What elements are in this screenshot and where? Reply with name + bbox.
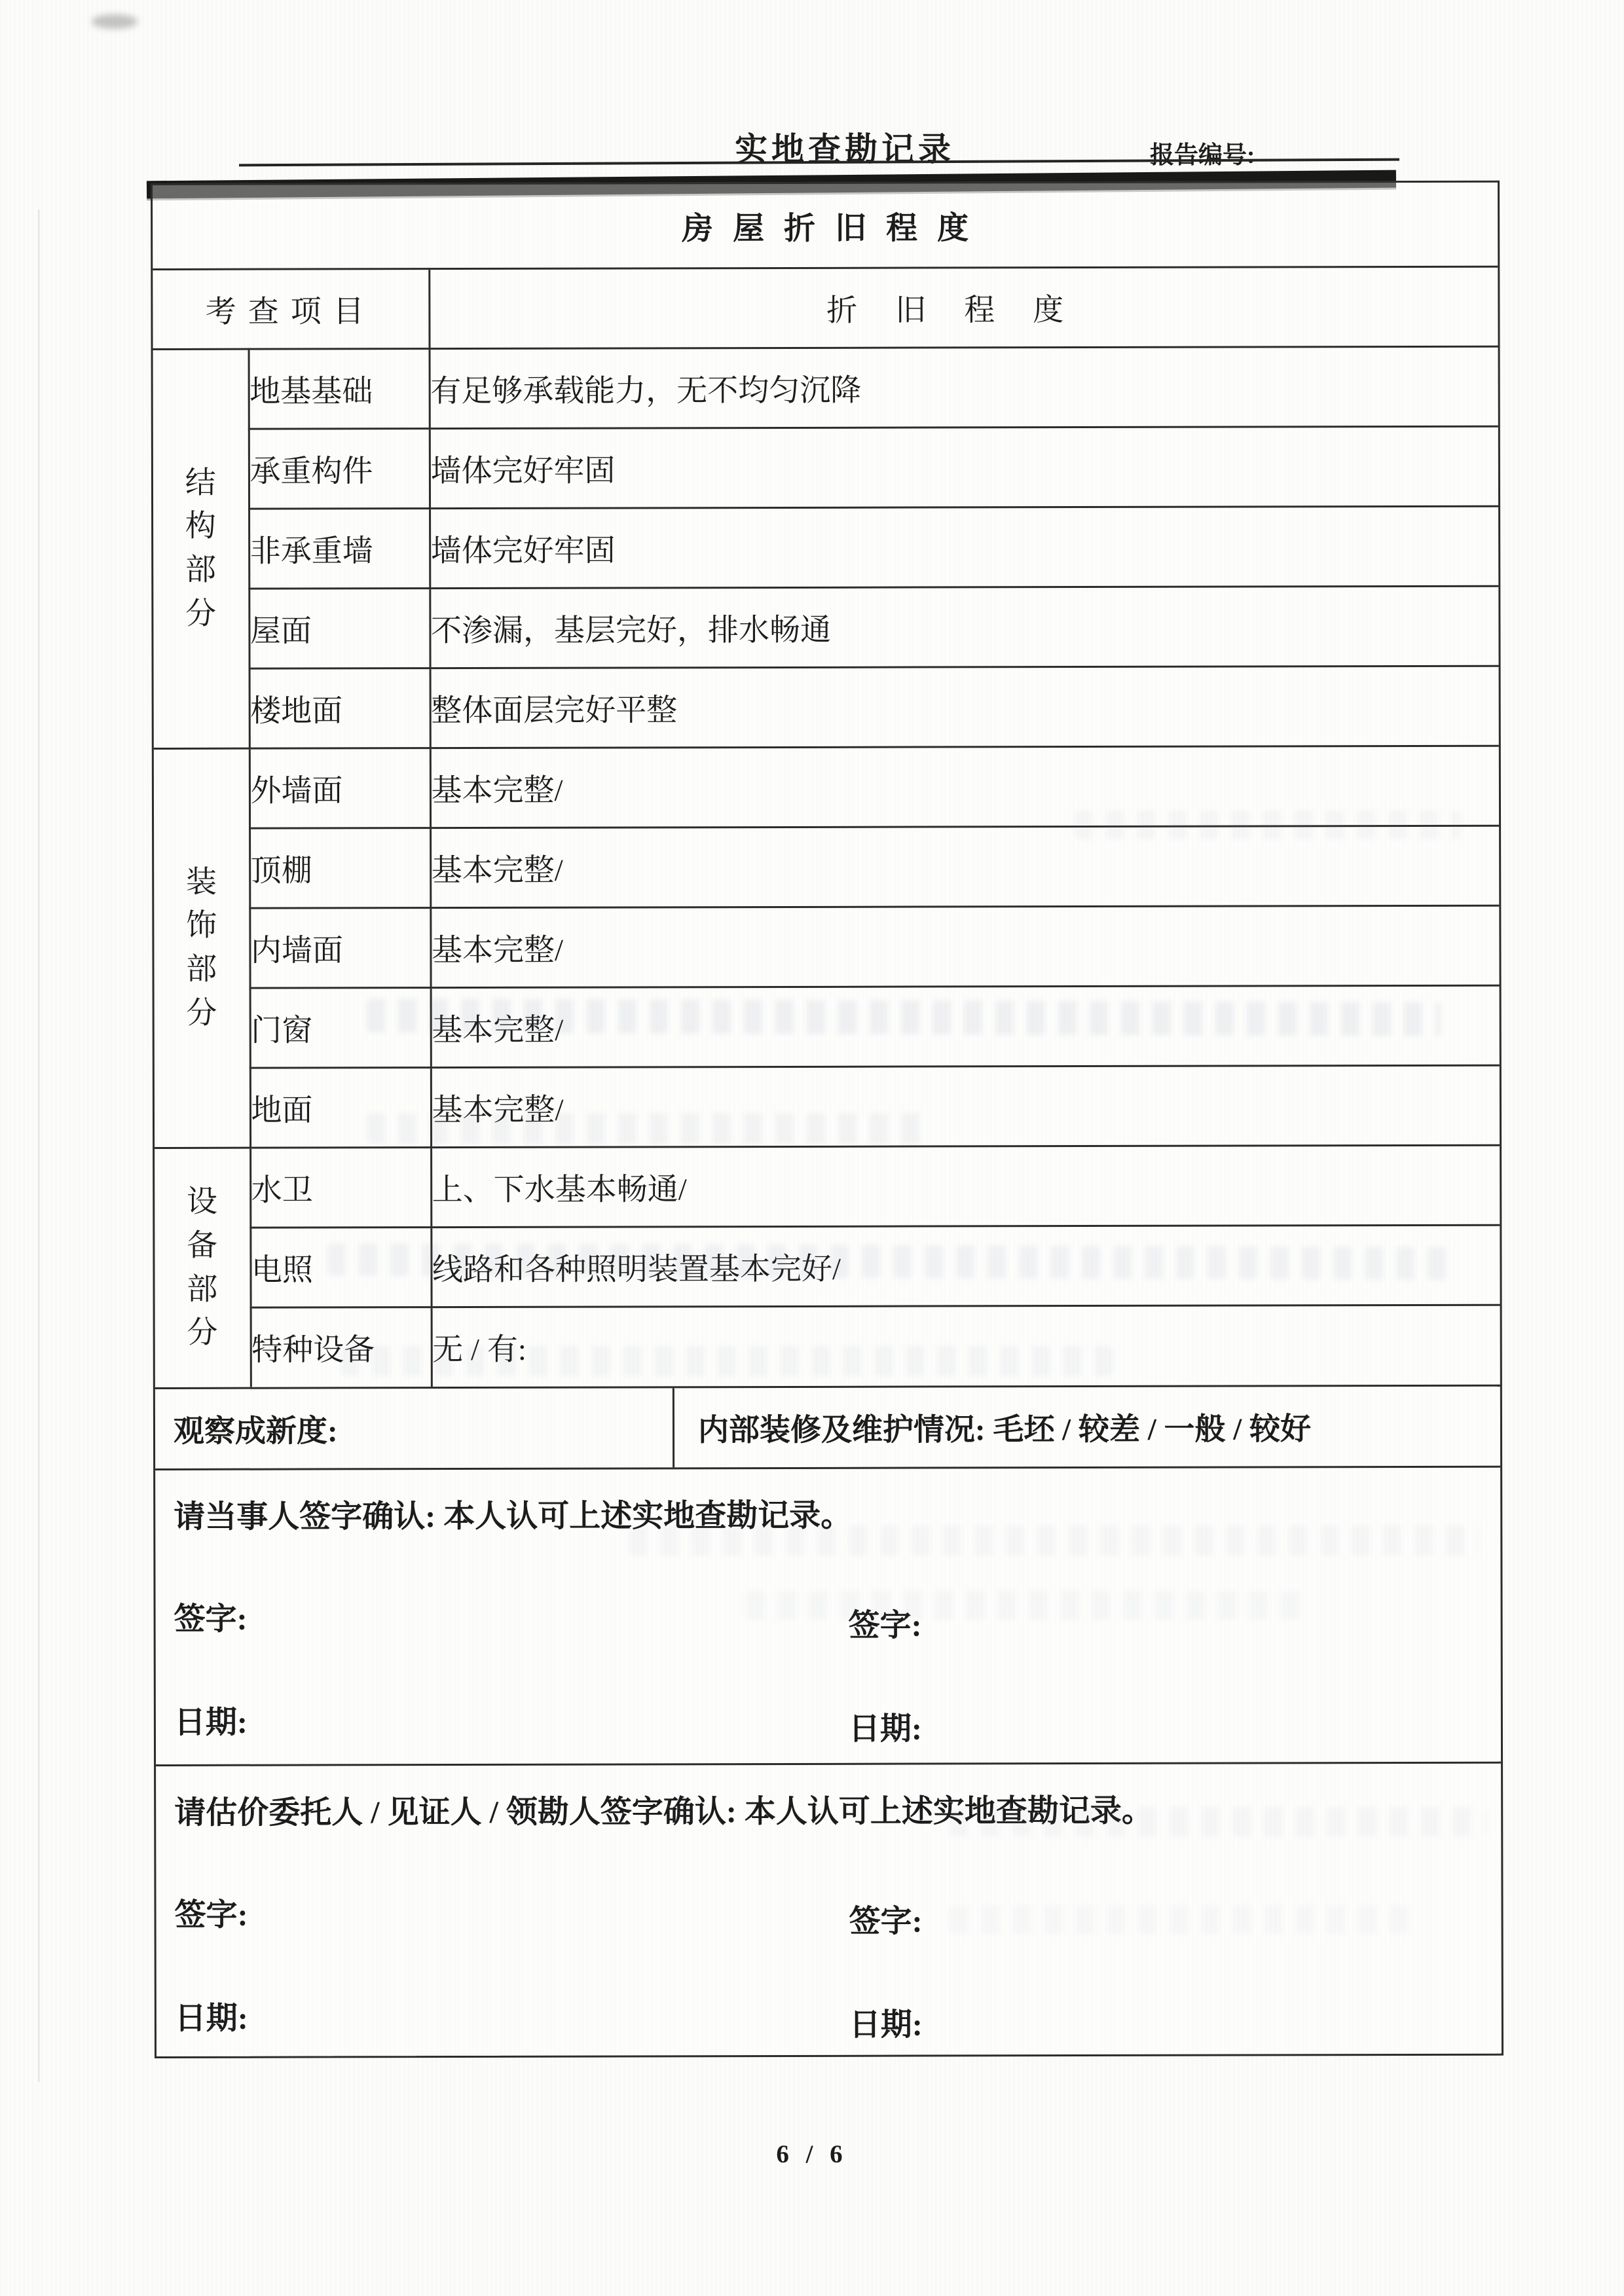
item-description: 墙体完好牢固 — [430, 506, 1498, 588]
party-signature-block: 请当事人签字确认: 本人认可上述实地查勘记录。 签字: 签字: 日期: 日期: — [155, 1466, 1501, 1764]
item-name: 非承重墙 — [249, 508, 430, 589]
item-description: 不渗漏，基层完好，排水畅通 — [430, 586, 1498, 668]
page-number: 6 / 6 — [0, 2140, 1624, 2169]
item-description: 基本完整/ — [430, 905, 1499, 987]
item-name: 地面 — [250, 1067, 431, 1148]
item-description: 基本完整/ — [431, 985, 1500, 1067]
item-name: 外墙面 — [249, 748, 430, 828]
item-description: 无 / 有: — [432, 1305, 1500, 1387]
section-label-structure: 结构部分 — [153, 349, 249, 748]
interior-decoration-condition: 内部装修及维护情况: 毛坯 / 较差 / 一般 / 较好 — [673, 1387, 1500, 1468]
item-description: 墙体完好牢固 — [430, 426, 1498, 508]
date-label: 日期: — [849, 1999, 923, 2045]
date-label: 日期: — [174, 1697, 248, 1742]
column-header-depreciation-degree: 折旧程度 — [429, 268, 1498, 348]
item-description: 上、下水基本畅通/ — [431, 1145, 1500, 1227]
column-header-survey-items: 考查项目 — [153, 270, 429, 349]
item-description: 有足够承载能力，无不均匀沉降 — [430, 346, 1498, 428]
item-name: 屋面 — [249, 588, 430, 668]
item-name: 内墙面 — [249, 907, 430, 988]
depreciation-table: 考查项目 折旧程度 结构部分 地基基础 有足够承载能力，无不均匀沉降 承重构件 … — [153, 268, 1500, 1387]
item-description: 整体面层完好平整 — [430, 666, 1499, 748]
section-label-decoration: 装饰部分 — [154, 748, 250, 1148]
form-title: 房屋折旧程度 — [153, 183, 1498, 270]
scanned-document-page: 实地查勘记录 报告编号: 房屋折旧程度 考查项目 折旧程度 结构部分 地基基础 … — [0, 0, 1624, 2296]
item-description: 线路和各种照明装置基本完好/ — [431, 1225, 1500, 1307]
item-name: 地基基础 — [249, 348, 430, 429]
observed-newness-label: 观察成新度: — [155, 1388, 673, 1468]
date-label: 日期: — [175, 1993, 248, 2038]
section-label-equipment: 设备部分 — [155, 1148, 251, 1387]
paper-edge-artifact — [38, 210, 40, 2082]
item-name: 顶棚 — [249, 828, 430, 908]
item-name: 楼地面 — [249, 668, 430, 748]
signature-instruction: 请估价委托人 / 见证人 / 领勘人签字确认: 本人认可上述实地查勘记录。 — [174, 1785, 1153, 1832]
item-description: 基本完整/ — [430, 746, 1499, 828]
signature-label: 签字: — [174, 1889, 248, 1935]
signature-label: 签字: — [174, 1594, 248, 1639]
entrusting-party-signature-block: 请估价委托人 / 见证人 / 领勘人签字确认: 本人认可上述实地查勘记录。 签字… — [156, 1762, 1502, 2060]
item-description: 基本完整/ — [430, 826, 1499, 907]
item-description: 基本完整/ — [431, 1065, 1500, 1147]
signature-label: 签字: — [849, 1600, 922, 1645]
scan-smudge-artifact — [92, 14, 138, 29]
item-name: 承重构件 — [249, 428, 430, 509]
observation-row: 观察成新度: 内部装修及维护情况: 毛坯 / 较差 / 一般 / 较好 — [155, 1385, 1500, 1468]
signature-instruction: 请当事人签字确认: 本人认可上述实地查勘记录。 — [174, 1490, 852, 1537]
date-label: 日期: — [849, 1704, 922, 1749]
item-name: 门窗 — [250, 987, 431, 1068]
report-number-label: 报告编号: — [1150, 135, 1255, 170]
signature-label: 签字: — [849, 1896, 922, 1941]
item-name: 水卫 — [250, 1147, 431, 1228]
item-name: 电照 — [250, 1227, 431, 1307]
item-name: 特种设备 — [251, 1307, 432, 1387]
depreciation-form: 房屋折旧程度 考查项目 折旧程度 结构部分 地基基础 有足够承载能力，无不均匀沉… — [151, 181, 1504, 2058]
